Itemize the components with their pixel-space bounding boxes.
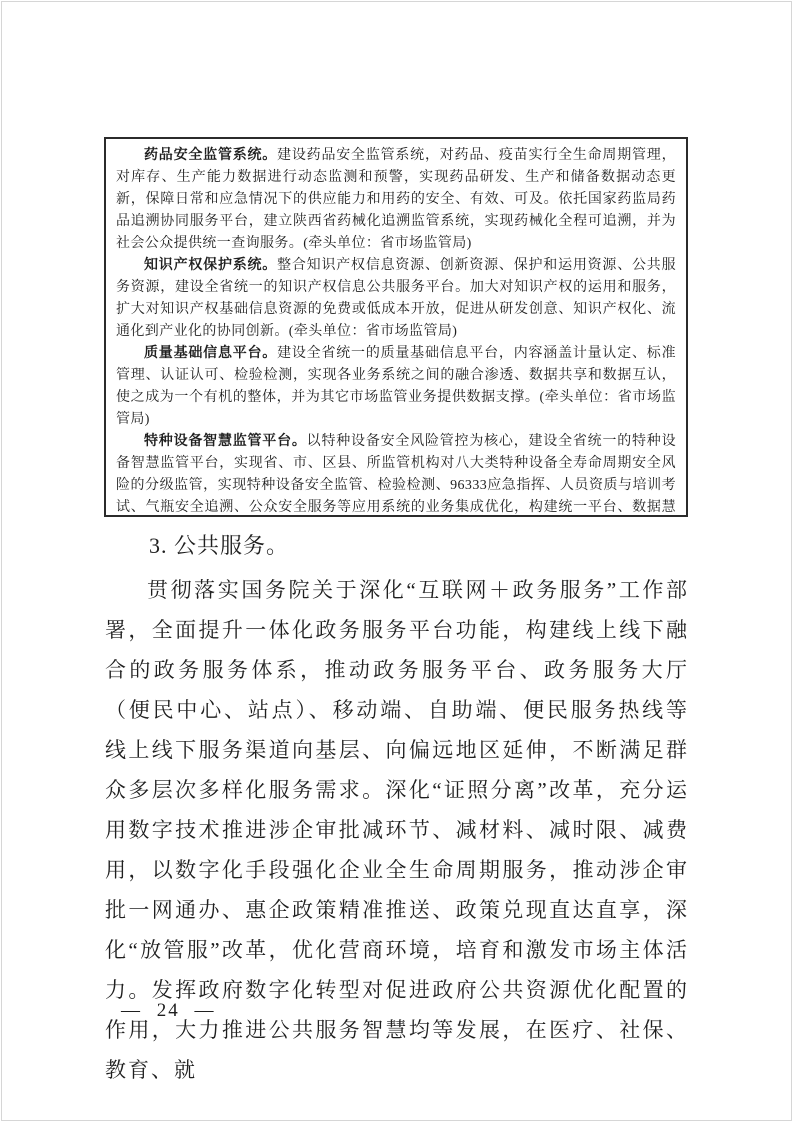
section-heading: 3. 公共服务。 — [105, 531, 689, 561]
box-paragraph-lead: 药品安全监管系统。 — [144, 148, 277, 163]
box-paragraph: 质量基础信息平台。建设全省统一的质量基础信息平台，内容涵盖计量认定、标准管理、认… — [116, 343, 676, 431]
document-page: { "colors": { "text": "#1f1f1f", "box_bo… — [0, 0, 793, 1122]
box-paragraph-lead: 质量基础信息平台。 — [144, 346, 277, 361]
box-paragraph-lead: 特种设备智慧监管平台。 — [144, 434, 307, 449]
box-paragraph: 药品安全监管系统。建设药品安全监管系统，对药品、疫苗实行全生命周期管理，对库存、… — [116, 145, 676, 255]
box-paragraph: 特种设备智慧监管平台。以特种设备安全风险管控为核心，建设全省统一的特种设备智慧监… — [116, 431, 676, 517]
systems-info-box: 药品安全监管系统。建设药品安全监管系统，对药品、疫苗实行全生命周期管理，对库存、… — [104, 137, 688, 517]
page-number-footer: — 24 — — [121, 1000, 216, 1022]
box-paragraph: 知识产权保护系统。整合知识产权信息资源、创新资源、保护和运用资源、公共服务资源，… — [116, 255, 676, 343]
box-paragraph-lead: 知识产权保护系统。 — [144, 258, 277, 273]
